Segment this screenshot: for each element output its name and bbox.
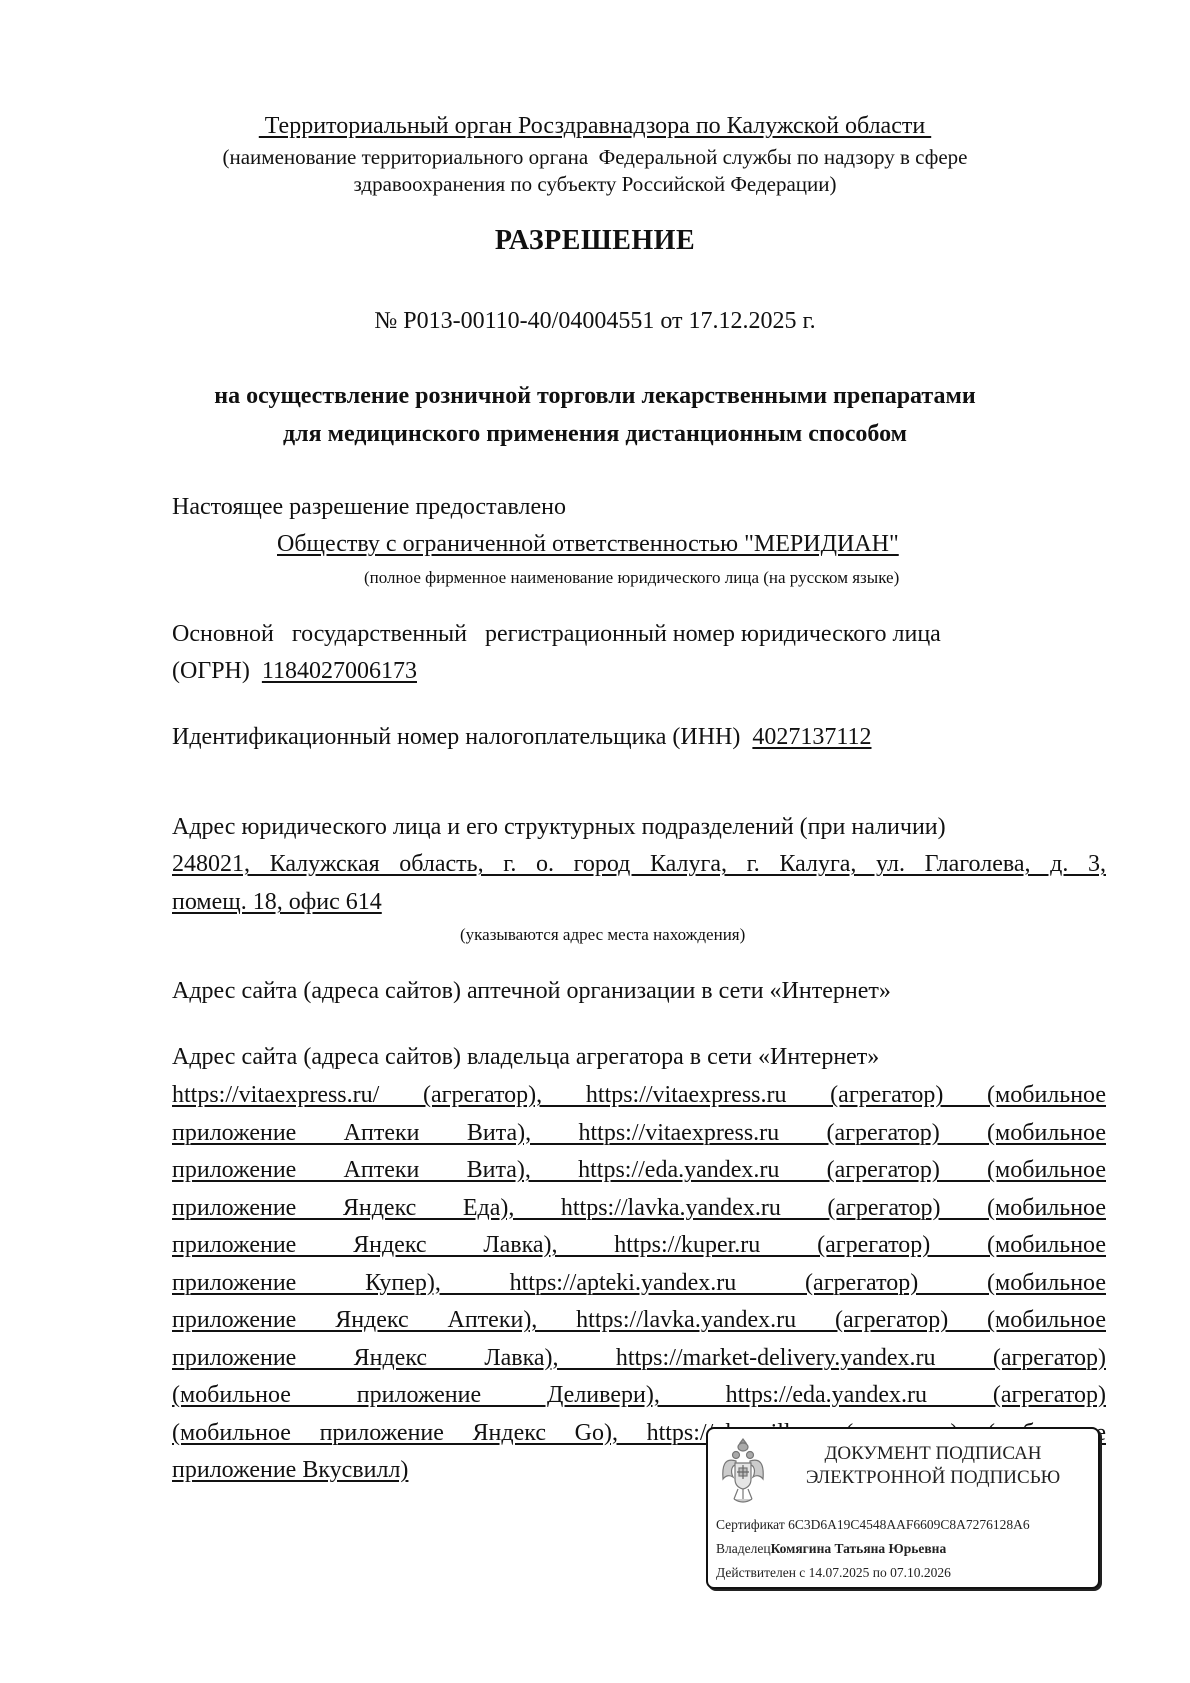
aggregator-site-line: приложение Аптеки Вита), https://vitaexp… [172,1120,1106,1147]
owner-label: Владелец [716,1541,771,1556]
aggregator-sites-last-line: приложение Вкусвилл) [172,1457,408,1484]
stamp-title-line2: ЭЛЕКТРОННОЙ ПОДПИСЬЮ [778,1467,1088,1489]
aggregator-site-line: приложение Яндекс Лавка), https://market… [172,1345,1106,1372]
coat-of-arms-icon [720,1435,766,1507]
ogrn-value: 1184027006173 [262,658,417,684]
aggregator-sites-label: Адрес сайта (адреса сайтов) владельца аг… [172,1044,879,1071]
stamp-validity: Действителен с 14.07.2025 по 07.10.2026 [716,1565,951,1581]
document-subject-line1: на осуществление розничной торговли лека… [0,383,1190,410]
stamp-owner: ВладелецКомягина Татьяна Юрьевна [716,1541,946,1557]
document-title: РАЗРЕШЕНИЕ [0,225,1190,257]
aggregator-site-line: приложение Яндекс Аптеки), https://lavka… [172,1307,1106,1334]
stamp-title-line1: ДОКУМЕНТ ПОДПИСАН [778,1443,1088,1465]
stamp-certificate: Сертификат 6C3D6A19C4548AAF6609C8A727612… [716,1517,1030,1533]
authority-hint-line1: (наименование территориального органа Фе… [0,145,1190,170]
authority-name-text: Территориальный орган Росздравнадзора по… [259,113,931,139]
aggregator-site-line: https://vitaexpress.ru/ (агрегатор), htt… [172,1082,1106,1109]
address-line2: помещ. 18, офис 614 [172,889,382,916]
address-hint: (указываются адрес места нахождения) [460,925,745,945]
grantee-name-hint: (полное фирменное наименование юридическ… [364,568,899,588]
grantee-intro: Настоящее разрешение предоставлено [172,494,566,521]
ogrn-row: (ОГРН) 1184027006173 [172,658,417,685]
aggregator-site-line: приложение Купер), https://apteki.yandex… [172,1270,1106,1297]
aggregator-site-line: (мобильное приложение Деливери), https:/… [172,1382,1106,1409]
certificate-label: Сертификат [716,1517,785,1532]
inn-row: Идентификационный номер налогоплательщик… [172,724,872,751]
aggregator-site-line: приложение Яндекс Лавка), https://kuper.… [172,1232,1106,1259]
pharmacy-site-label: Адрес сайта (адреса сайтов) аптечной орг… [172,978,891,1005]
document-number: № Р013-00110-40/04004551 от 17.12.2025 г… [0,308,1190,335]
aggregator-site-line: приложение Аптеки Вита), https://eda.yan… [172,1157,1106,1184]
aggregator-site-line: приложение Яндекс Еда), https://lavka.ya… [172,1195,1106,1222]
ogrn-prefix: (ОГРН) [172,658,250,684]
grantee-name: Обществу с ограниченной ответственностью… [277,531,899,558]
address-line1: 248021, Калужская область, г. о. город К… [172,851,1106,878]
address-label: Адрес юридического лица и его структурны… [172,814,946,841]
inn-value: 4027137112 [752,724,871,750]
authority-hint-line2: здравоохранения по субъекту Российской Ф… [0,172,1190,197]
certificate-value: 6C3D6A19C4548AAF6609C8A7276128A6 [788,1517,1030,1532]
ogrn-label: Основной государственный регистрационный… [172,621,941,648]
inn-label: Идентификационный номер налогоплательщик… [172,724,740,750]
signature-stamp: ДОКУМЕНТ ПОДПИСАН ЭЛЕКТРОННОЙ ПОДПИСЬЮ С… [706,1427,1100,1589]
authority-name: Территориальный орган Росздравнадзора по… [0,113,1190,140]
document-subject-line2: для медицинского применения дистанционны… [0,421,1190,448]
owner-value: Комягина Татьяна Юрьевна [771,1541,947,1556]
